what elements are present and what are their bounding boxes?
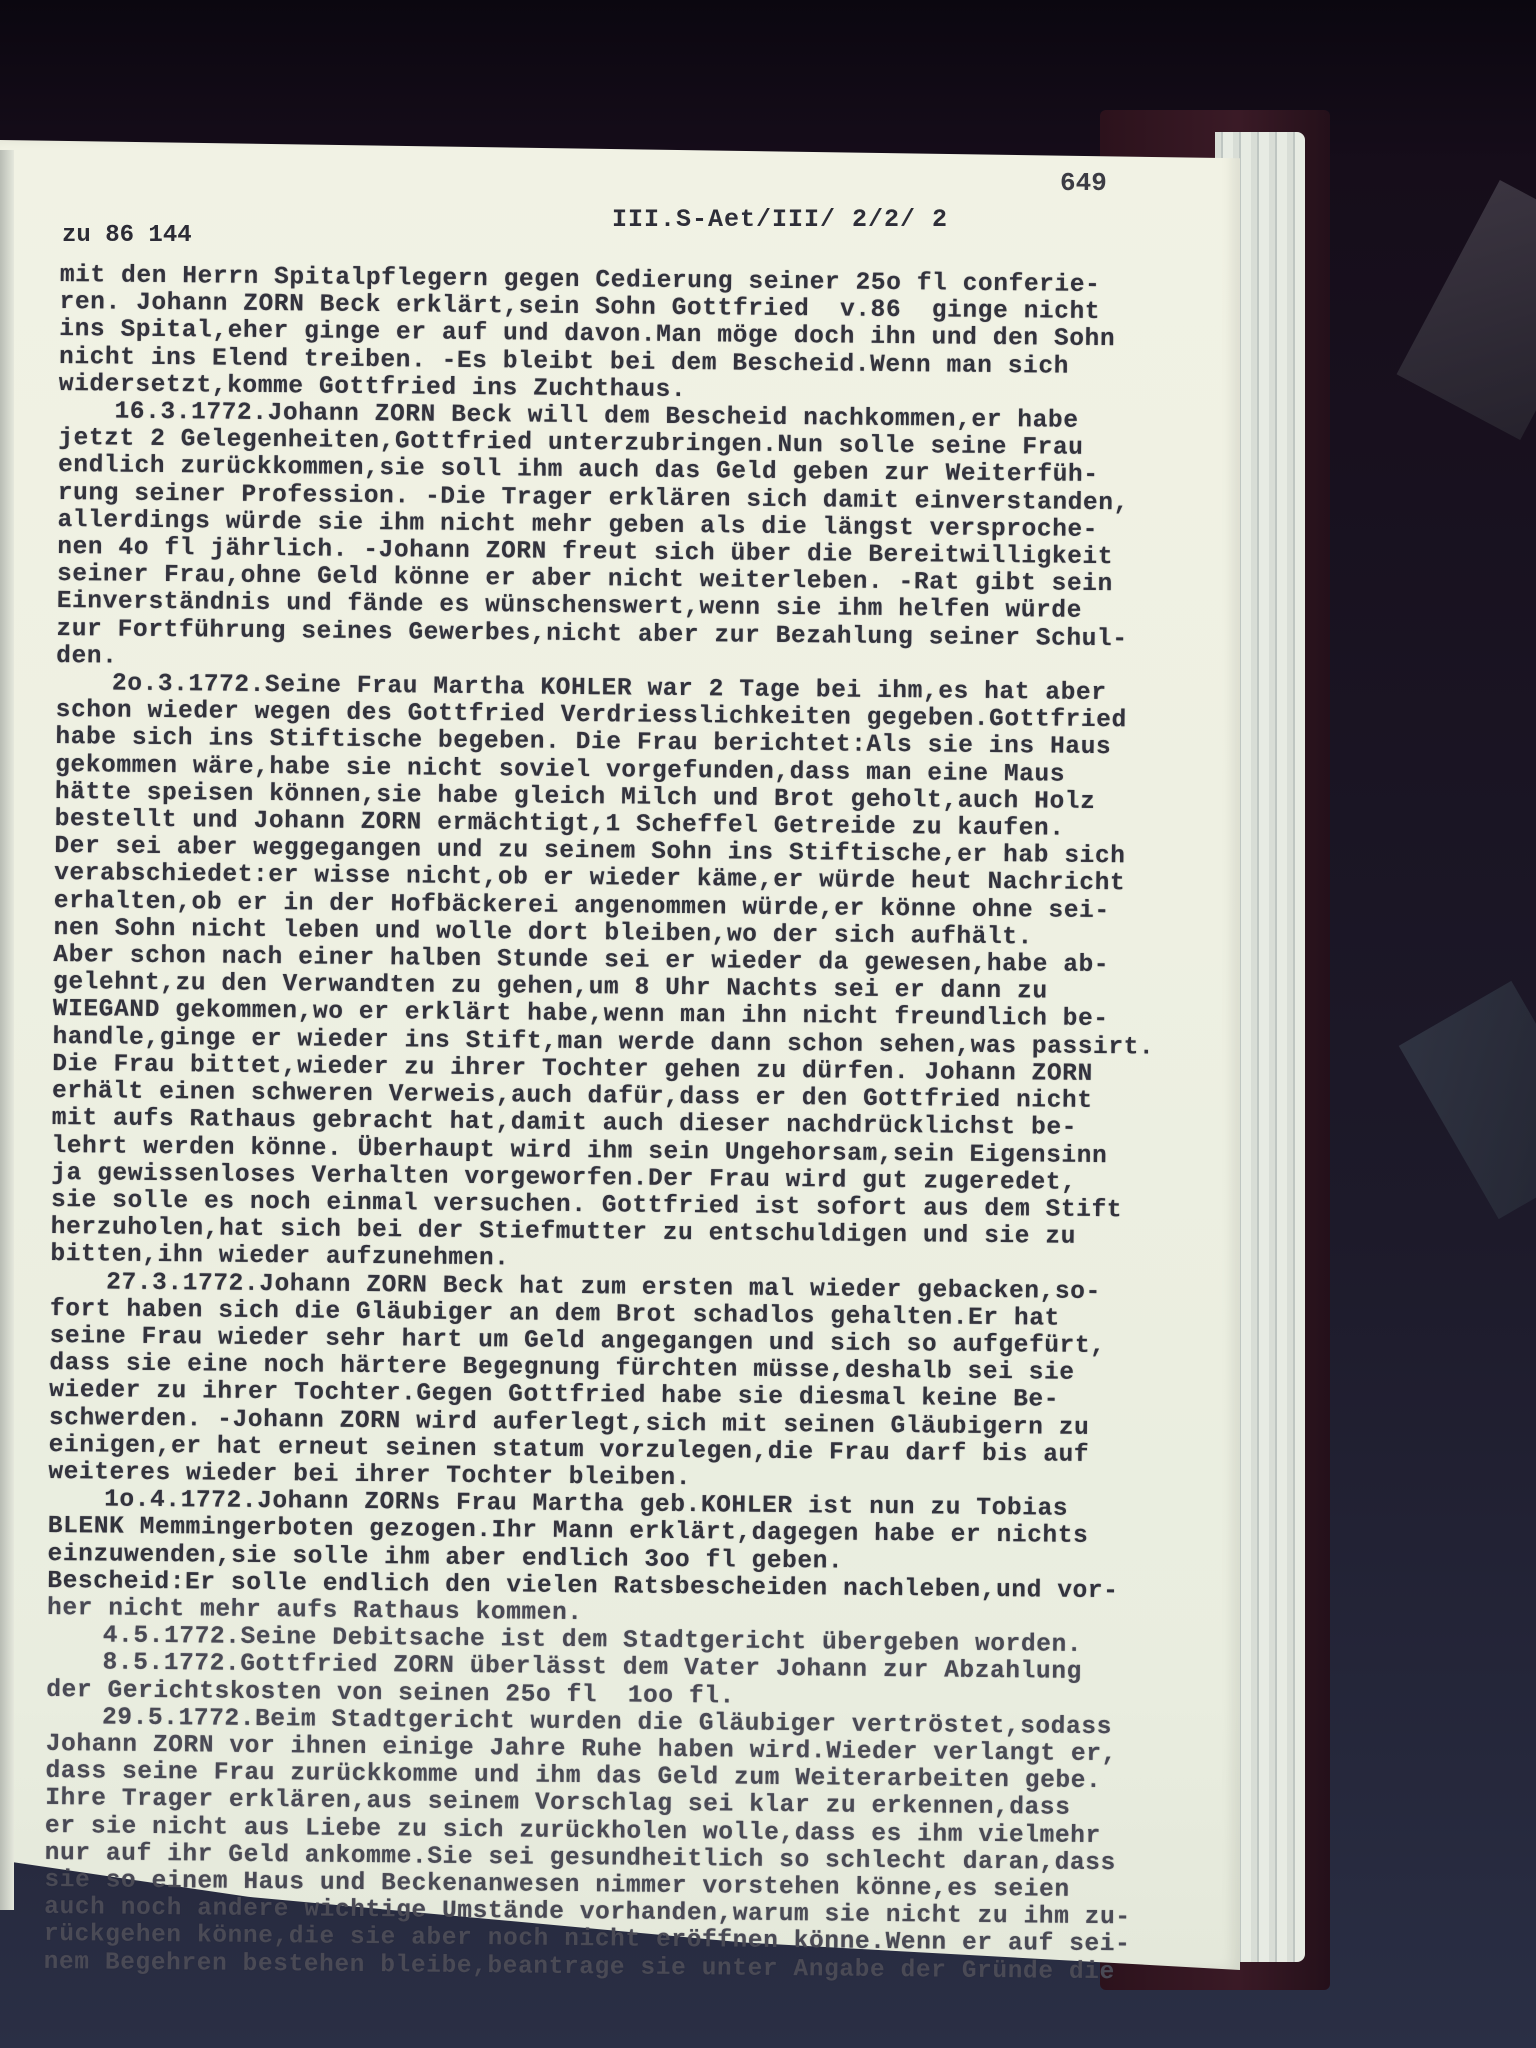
background-strap (1397, 180, 1536, 440)
header-reference: III.S-Aet/III/ 2/2/ 2 (612, 205, 948, 234)
page-number: 649 (1060, 168, 1107, 198)
typewritten-body: mit den Herrn Spitalpflegern gegen Cedie… (44, 262, 1220, 1987)
binding-shadow (0, 150, 14, 1910)
archive-reference: zu 86 144 (62, 222, 192, 249)
background-strap-lower (1399, 981, 1536, 1219)
